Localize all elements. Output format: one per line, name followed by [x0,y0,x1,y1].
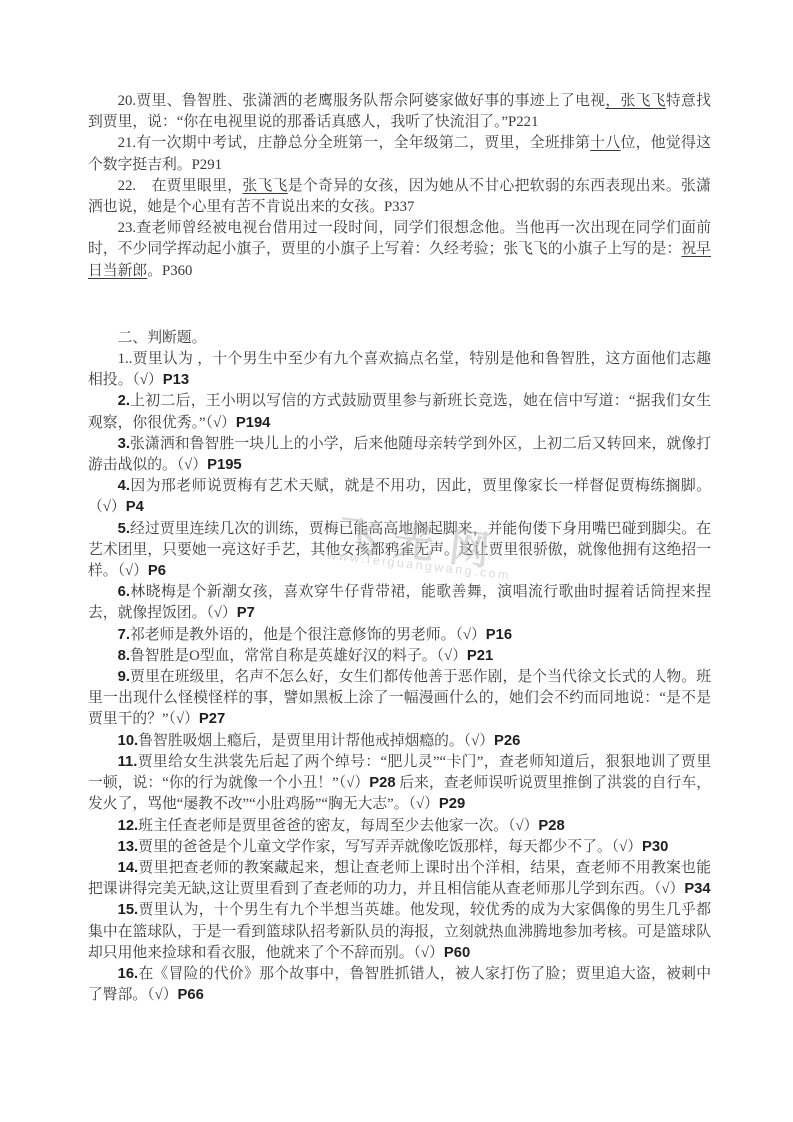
page-reference: P4 [126,499,144,515]
quiz-item: 10.鲁智胜吸烟上瘾后，是贾里用计帮他戒掉烟瘾的。（√）P26 [88,731,711,752]
page-reference: 2. [118,393,130,409]
page-reference: 6. [118,584,130,600]
page-reference: 13. [118,839,139,855]
quiz-item: 13.贾里的爸爸是个儿童文学作家，写写弄弄就像吃饭那样，每天都少不了。（√）P3… [88,837,711,858]
underlined-text: 十八 [590,135,620,151]
quiz-item: 5.经过贾里连续几次的训练，贾梅已能高高地搁起脚来，并能佝偻下身用嘴巴碰到脚尖。… [88,519,711,583]
quiz-item: 4.因为邢老师说贾梅有艺术天赋，就是不用功，因此，贾里像家长一样督促贾梅练搁脚。… [88,476,711,518]
page-reference: P6 [148,563,166,579]
page-reference: 11. [118,754,138,770]
page-reference: 14. [118,860,139,876]
page-reference: P29 [439,796,465,812]
quiz-item: 9.贾里在班级里，名声不怎么好，女生们都传他善于恶作剧，是个当代徐文长式的人物。… [88,667,711,731]
underlined-text: ，张飞飞 [605,93,666,109]
quiz-item: 21.有一次期中考试，庄静总分全班第一，全年级第二，贾里，全班排第十八位，他觉得… [88,133,711,175]
item-text: 林晓梅是个新潮女孩，喜欢穿牛仔背带裙，能歌善舞，演唱流行歌曲时握着话筒捏来捏去，… [88,584,711,621]
document-page: 飞光网 www.feiguangwang.com 20.贾里、鲁智胜、张潇洒的老… [0,0,793,1122]
page-reference: 3. [118,436,130,452]
quiz-item: 7.祁老师是教外语的，他是个很注意修饰的男老师。（√）P16 [88,625,711,646]
section-heading: 二、判断题。 [88,328,711,349]
page-reference: 9. [118,669,130,685]
item-text: 贾里认为，十个男生有九个半想当英雄。他发现，较优秀的成为大家偶像的男生几乎都集中… [88,902,711,960]
section-true-false: 二、判断题。1..贾里认为 ，十个男生中至少有九个喜欢搞点名堂，特别是他和鲁智胜… [88,328,711,1007]
page-reference: 5. [118,521,130,537]
item-text: 上初二后，王小明以写信的方式鼓励贾里参与新班长竞选，她在信中写道：“据我们女生观… [88,393,711,430]
item-text: 贾里把查老师的教案藏起来，想让查老师上课时出个洋相，结果，查老师不用教案也能把课… [88,860,711,897]
page-reference: P194 [236,415,271,431]
item-text: 班主任查老师是贾里爸爸的密友，每周至少去他家一次。（√） [138,818,538,834]
item-text: 贾里在班级里，名声不怎么好，女生们都传他善于恶作剧，是个当代徐文长式的人物。班里… [88,669,711,727]
quiz-item: 2.上初二后，王小明以写信的方式鼓励贾里参与新班长竞选，她在信中写道：“据我们女… [88,391,711,433]
page-reference: P66 [178,987,204,1003]
item-text: 张潇洒和鲁智胜一块儿上的小学，后来他随母亲转学到外区，上初二后又转回来，就像打游… [88,436,711,473]
item-text: 21.有一次期中考试，庄静总分全班第一，全年级第二，贾里，全班排第 [118,135,591,151]
page-reference: P7 [237,605,255,621]
item-text: 鲁智胜吸烟上瘾后，是贾里用计帮他戒掉烟瘾的。（√） [138,733,494,749]
quiz-item: 12.班主任查老师是贾里爸爸的密友，每周至少去他家一次。（√）P28 [88,816,711,837]
page-reference: 12. [118,818,139,834]
page-reference: P21 [467,648,493,664]
page-reference: P27 [199,711,225,727]
page-reference: P30 [642,839,668,855]
item-text: 20.贾里、鲁智胜、张潇洒的老鹰服务队帮佘阿婆家做好事的事迹上了电视 [118,93,606,109]
page-reference: 10. [118,733,139,749]
quiz-item: 11.贾里给女生洪裳先后起了两个绰号：“肥儿灵”“卡门”，查老师知道后，狠狠地训… [88,752,711,816]
quiz-item: 16.在《冒险的代价》那个故事中，鲁智胜抓错人，被人家打伤了脸；贾里追大盗，被刺… [88,964,711,1006]
underlined-text: 张飞飞 [242,178,287,194]
item-text: 因为邢老师说贾梅有艺术天赋，就是不用功，因此，贾里像家长一样督促贾梅练搁脚。（√… [88,478,711,515]
item-text: 经过贾里连续几次的训练，贾梅已能高高地搁起脚来，并能佝偻下身用嘴巴碰到脚尖。在艺… [88,521,711,579]
page-reference: 8. [118,648,130,664]
page-reference: P60 [444,945,470,961]
item-text: 祁老师是教外语的，他是个很注意修饰的男老师。（√） [130,627,486,643]
quiz-item: 15.贾里认为，十个男生有九个半想当英雄。他发现，较优秀的成为大家偶像的男生几乎… [88,900,711,964]
quiz-item: 14.贾里把查老师的教案藏起来，想让查老师上课时出个洋相，结果，查老师不用教案也… [88,858,711,900]
item-text: 22. 在贾里眼里， [118,178,243,194]
page-reference: 7. [118,627,130,643]
quiz-item: 20.贾里、鲁智胜、张潇洒的老鹰服务队帮佘阿婆家做好事的事迹上了电视，张飞飞特意… [88,91,711,133]
item-text: 鲁智胜是O型血，常常自称是英雄好汉的料子。（√） [130,648,467,664]
quiz-item: 6.林晓梅是个新潮女孩，喜欢穿牛仔背带裙，能歌善舞，演唱流行歌曲时握着话筒捏来捏… [88,582,711,624]
page-reference: 16. [118,966,139,982]
item-text: 。P360 [147,263,192,279]
page-reference: P13 [163,372,189,388]
section-short-answer: 20.贾里、鲁智胜、张潇洒的老鹰服务队帮佘阿婆家做好事的事迹上了电视，张飞飞特意… [88,91,711,282]
page-reference: 15. [118,902,139,918]
page-reference: P26 [494,733,520,749]
page-reference: P28 [369,775,395,791]
quiz-item: 3.张潇洒和鲁智胜一块儿上的小学，后来他随母亲转学到外区，上初二后又转回来，就像… [88,434,711,476]
page-reference: P16 [486,627,512,643]
page-reference: P28 [538,818,564,834]
item-text: 23.查老师曾经被电视台借用过一段时间，同学们很想念他。当他再一次出现在同学们面… [88,220,711,257]
quiz-item: 8.鲁智胜是O型血，常常自称是英雄好汉的料子。（√）P21 [88,646,711,667]
quiz-item: 1..贾里认为 ，十个男生中至少有九个喜欢搞点名堂，特别是他和鲁智胜，这方面他们… [88,349,711,391]
page-reference: 4. [118,478,130,494]
document-content: 20.贾里、鲁智胜、张潇洒的老鹰服务队帮佘阿婆家做好事的事迹上了电视，张飞飞特意… [88,91,711,1006]
page-reference: P195 [207,457,242,473]
quiz-item: 23.查老师曾经被电视台借用过一段时间，同学们很想念他。当他再一次出现在同学们面… [88,218,711,282]
quiz-item: 22. 在贾里眼里，张飞飞是个奇异的女孩，因为她从不甘心把软弱的东西表现出来。张… [88,176,711,218]
item-text: 贾里的爸爸是个儿童文学作家，写写弄弄就像吃饭那样，每天都少不了。（√） [138,839,642,855]
page-reference: P34 [684,881,710,897]
